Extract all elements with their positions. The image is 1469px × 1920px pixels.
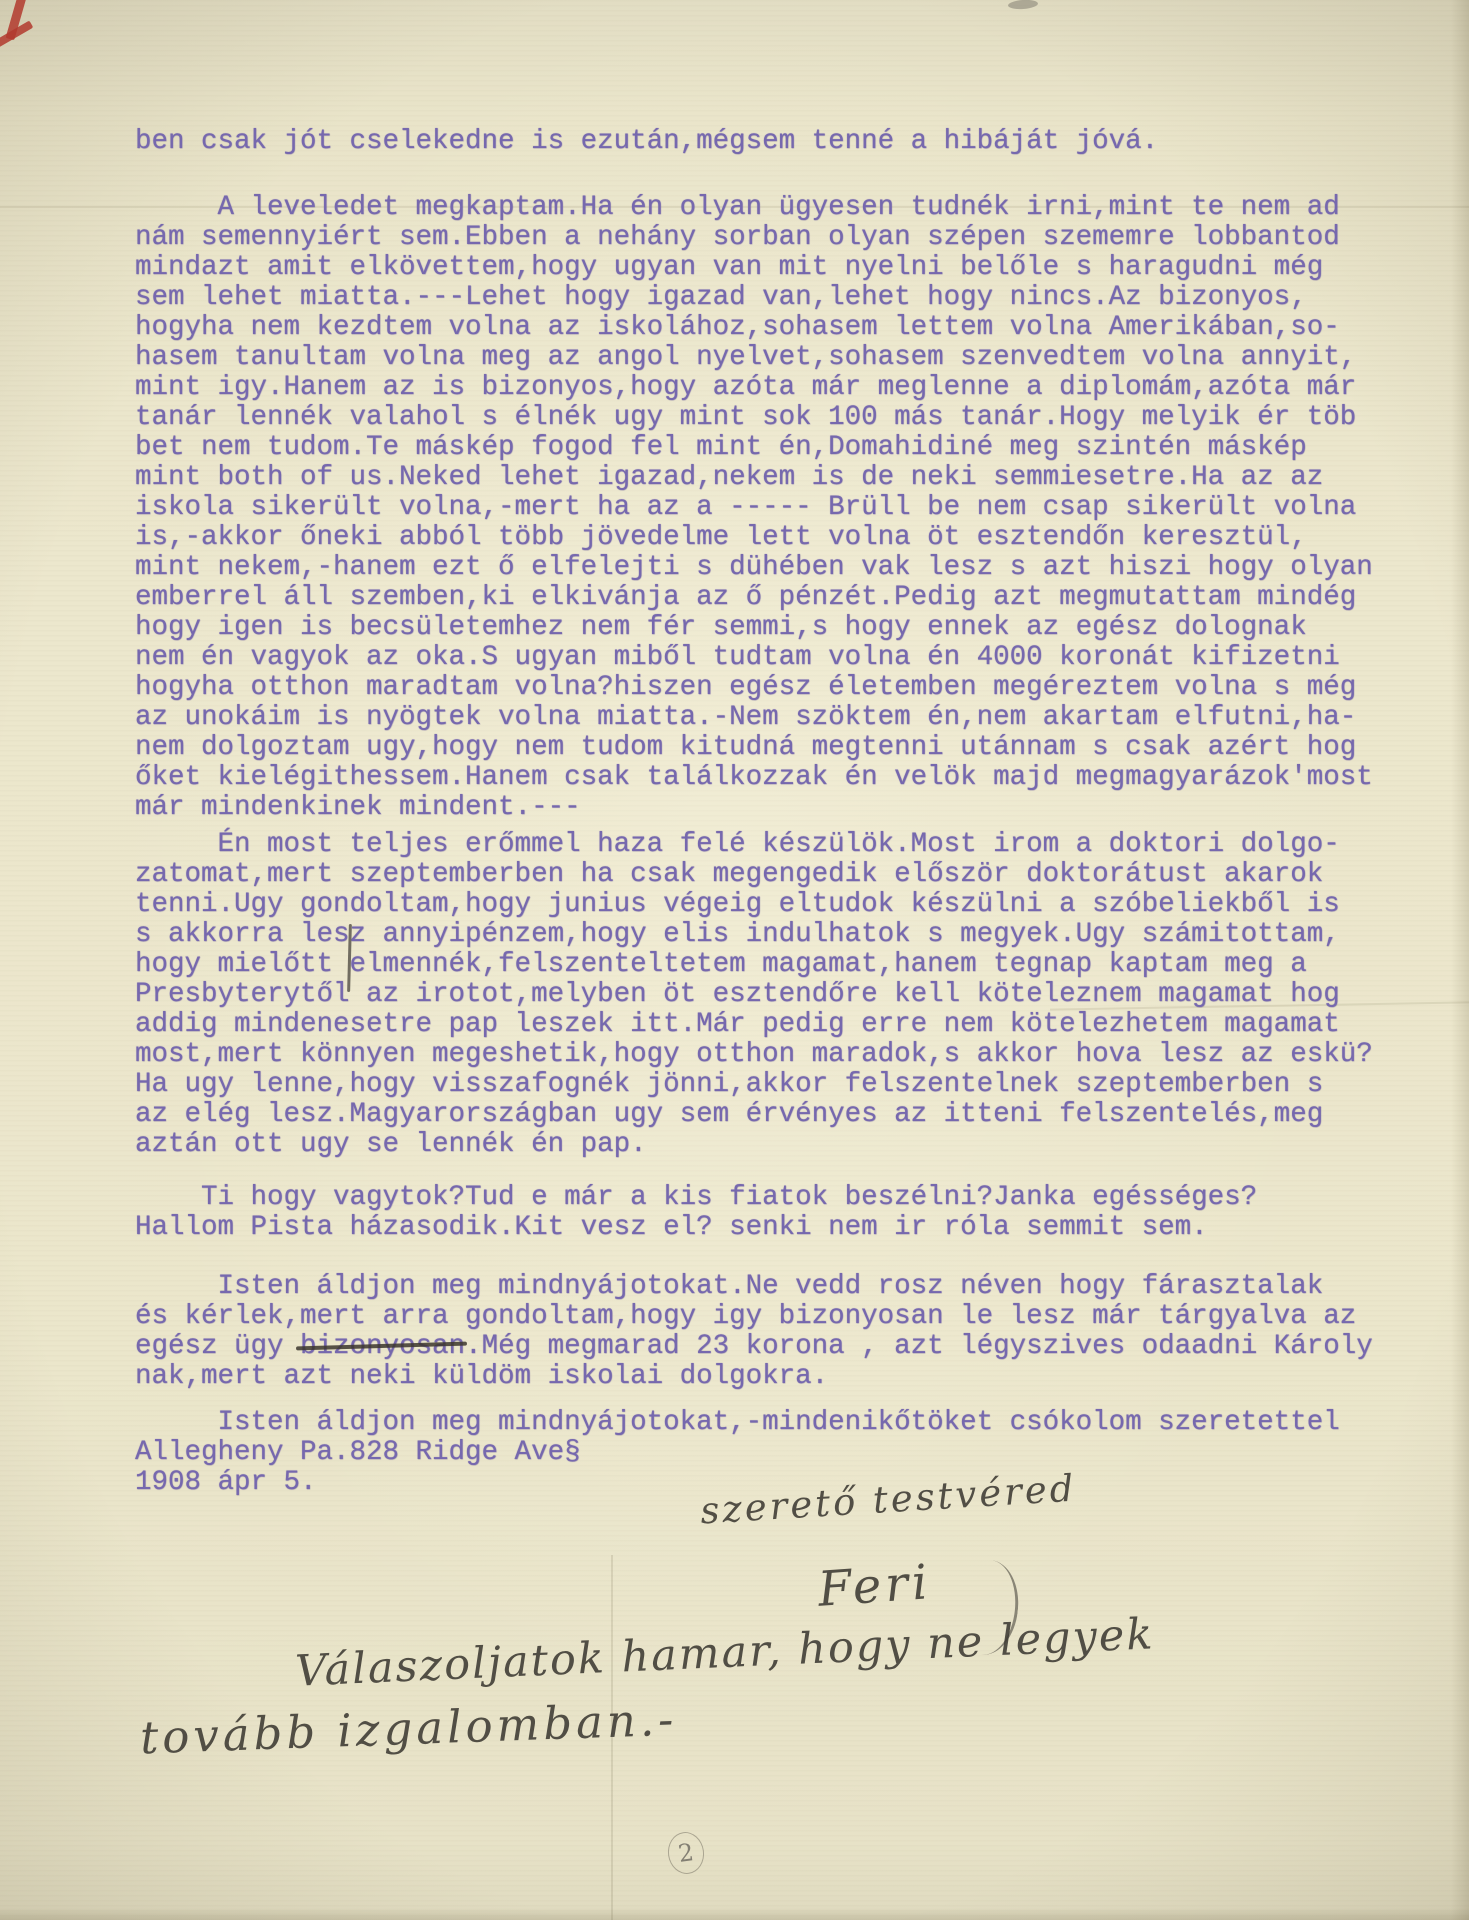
- handwritten-signature-phrase: szerető testvéred: [699, 1467, 1077, 1533]
- handwritten-signature-name: Feri: [816, 1554, 933, 1618]
- handwritten-postscript-line-2: tovább izgalomban.-: [139, 1693, 678, 1765]
- pencil-smudge: [1008, 0, 1039, 10]
- opening-fragment-line: ben csak jót cselekedne is ezután,mégsem…: [135, 127, 1158, 157]
- paragraph-going-home: Én most teljes erőmmel haza felé készülö…: [135, 830, 1373, 1160]
- paper-bottom-edge-shadow: [0, 1908, 1469, 1920]
- paragraph-blessing-money: Isten áldjon meg mindnyájotokat.Ne vedd …: [135, 1272, 1373, 1392]
- date-line: 1908 ápr 5.: [135, 1468, 317, 1498]
- struck-through-word: bizonyosan: [300, 1331, 465, 1362]
- handwritten-postscript-line-1: Válaszoljatok hamar, hogy ne legyek: [294, 1609, 1155, 1696]
- letter-scan-page: ben csak jót cselekedne is ezután,mégsem…: [0, 0, 1469, 1920]
- paper-right-edge-shadow: [1451, 0, 1469, 1920]
- paragraph-letter-received: A leveledet megkaptam.Ha én olyan ügyese…: [135, 193, 1373, 823]
- closing-line: Isten áldjon meg mindnyájotokat,-mindeni…: [135, 1408, 1340, 1438]
- page-number-badge: 2: [665, 1830, 706, 1877]
- paragraph-family-questions: Ti hogy vagytok?Tud e már a kis fiatok b…: [135, 1183, 1257, 1243]
- address-line: Allegheny Pa.828 Ridge Ave§: [135, 1438, 581, 1468]
